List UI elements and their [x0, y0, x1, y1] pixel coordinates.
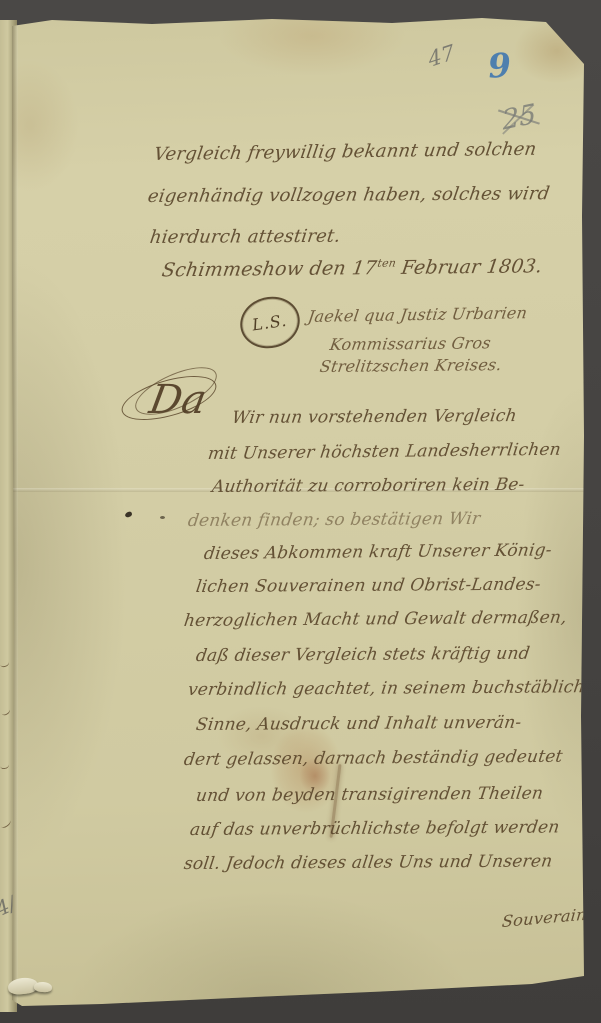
- seal-label: L.S.: [251, 311, 288, 335]
- handwriting-line-attestation: Vergleich freywillig bekannt und solchen: [152, 139, 537, 165]
- ink-blot-small: [160, 516, 165, 519]
- catchword: Souverainen: [501, 903, 601, 931]
- handwriting-line-body: und von beyden transigirenden Theilen: [195, 784, 545, 806]
- handwriting-line-body: soll. Jedoch dieses alles Uns und Unsere…: [183, 851, 554, 874]
- handwriting-line-body: lichen Souverainen und Obrist-Landes-: [195, 575, 542, 597]
- handwriting-line-body: auf das unverbrüchlichste befolgt werden: [189, 817, 561, 840]
- signature-line: Jaekel qua Justiz Urbarien: [307, 303, 529, 326]
- dateline-text: Februar 1803.: [394, 255, 544, 279]
- annotation-crossed-number-pencil: 25: [501, 98, 537, 136]
- ink-stroke-fragment: [0, 706, 11, 717]
- signature-line: Strelitzschen Kreises.: [319, 355, 504, 376]
- handwriting-line-body: dert gelassen, darnach beständig gedeute…: [183, 747, 564, 770]
- ink-stroke-fragment: [0, 817, 12, 829]
- handwriting-line-attestation: hierdurch attestiret.: [149, 226, 342, 248]
- handwriting-line-body: Authorität zu corroboriren kein Be-: [211, 475, 526, 497]
- annotation-page-number-blue-pencil: 9: [487, 45, 513, 86]
- ink-stroke-fragment: [0, 659, 10, 668]
- dateline: Schimmeshow den 17ten Februar 1803.: [160, 255, 544, 281]
- signature-line: Kommissarius Gros: [329, 333, 493, 354]
- handwriting-line-body: mit Unserer höchsten Landesherrlichen: [207, 440, 562, 464]
- ornate-initial: Da: [116, 372, 226, 442]
- handwriting-line-body: dieses Abkommen kraft Unserer König-: [203, 540, 553, 564]
- manuscript-page: 47 9 25 Vergleich freywillig bekannt und…: [12, 16, 584, 1006]
- handwriting-line-body: daß dieser Vergleich stets kräftig und: [195, 644, 531, 666]
- handwriting-line-body: denken finden; so bestätigen Wir: [187, 509, 482, 531]
- page-edge-curl: [34, 981, 53, 992]
- ink-stroke-fragment: [0, 761, 10, 770]
- dateline-superscript: ten: [377, 257, 398, 270]
- handwriting-line-body: Sinne, Ausdruck und Inhalt unverän-: [195, 713, 523, 735]
- folded-corner: [538, 16, 584, 70]
- handwriting-line-attestation: eigenhändig vollzogen haben, solches wir…: [146, 183, 551, 207]
- handwriting-line-body: herzoglichen Macht und Gewalt dermaßen,: [183, 608, 568, 631]
- initial-letter: Da: [146, 380, 209, 420]
- handwriting-line-body: verbindlich geachtet, in seinem buchstäb…: [187, 677, 601, 700]
- handwriting-line-body: Wir nun vorstehenden Vergleich: [231, 406, 518, 428]
- annotation-archival-number-pencil: 47: [426, 40, 456, 72]
- document-scan: 4/ 47 9 25 Vergleich freywillig bekannt …: [0, 0, 601, 1023]
- ink-blot: [124, 511, 132, 518]
- seal-mark-ls: L.S.: [235, 290, 306, 354]
- dateline-text: Schimmeshow den 17: [160, 257, 378, 281]
